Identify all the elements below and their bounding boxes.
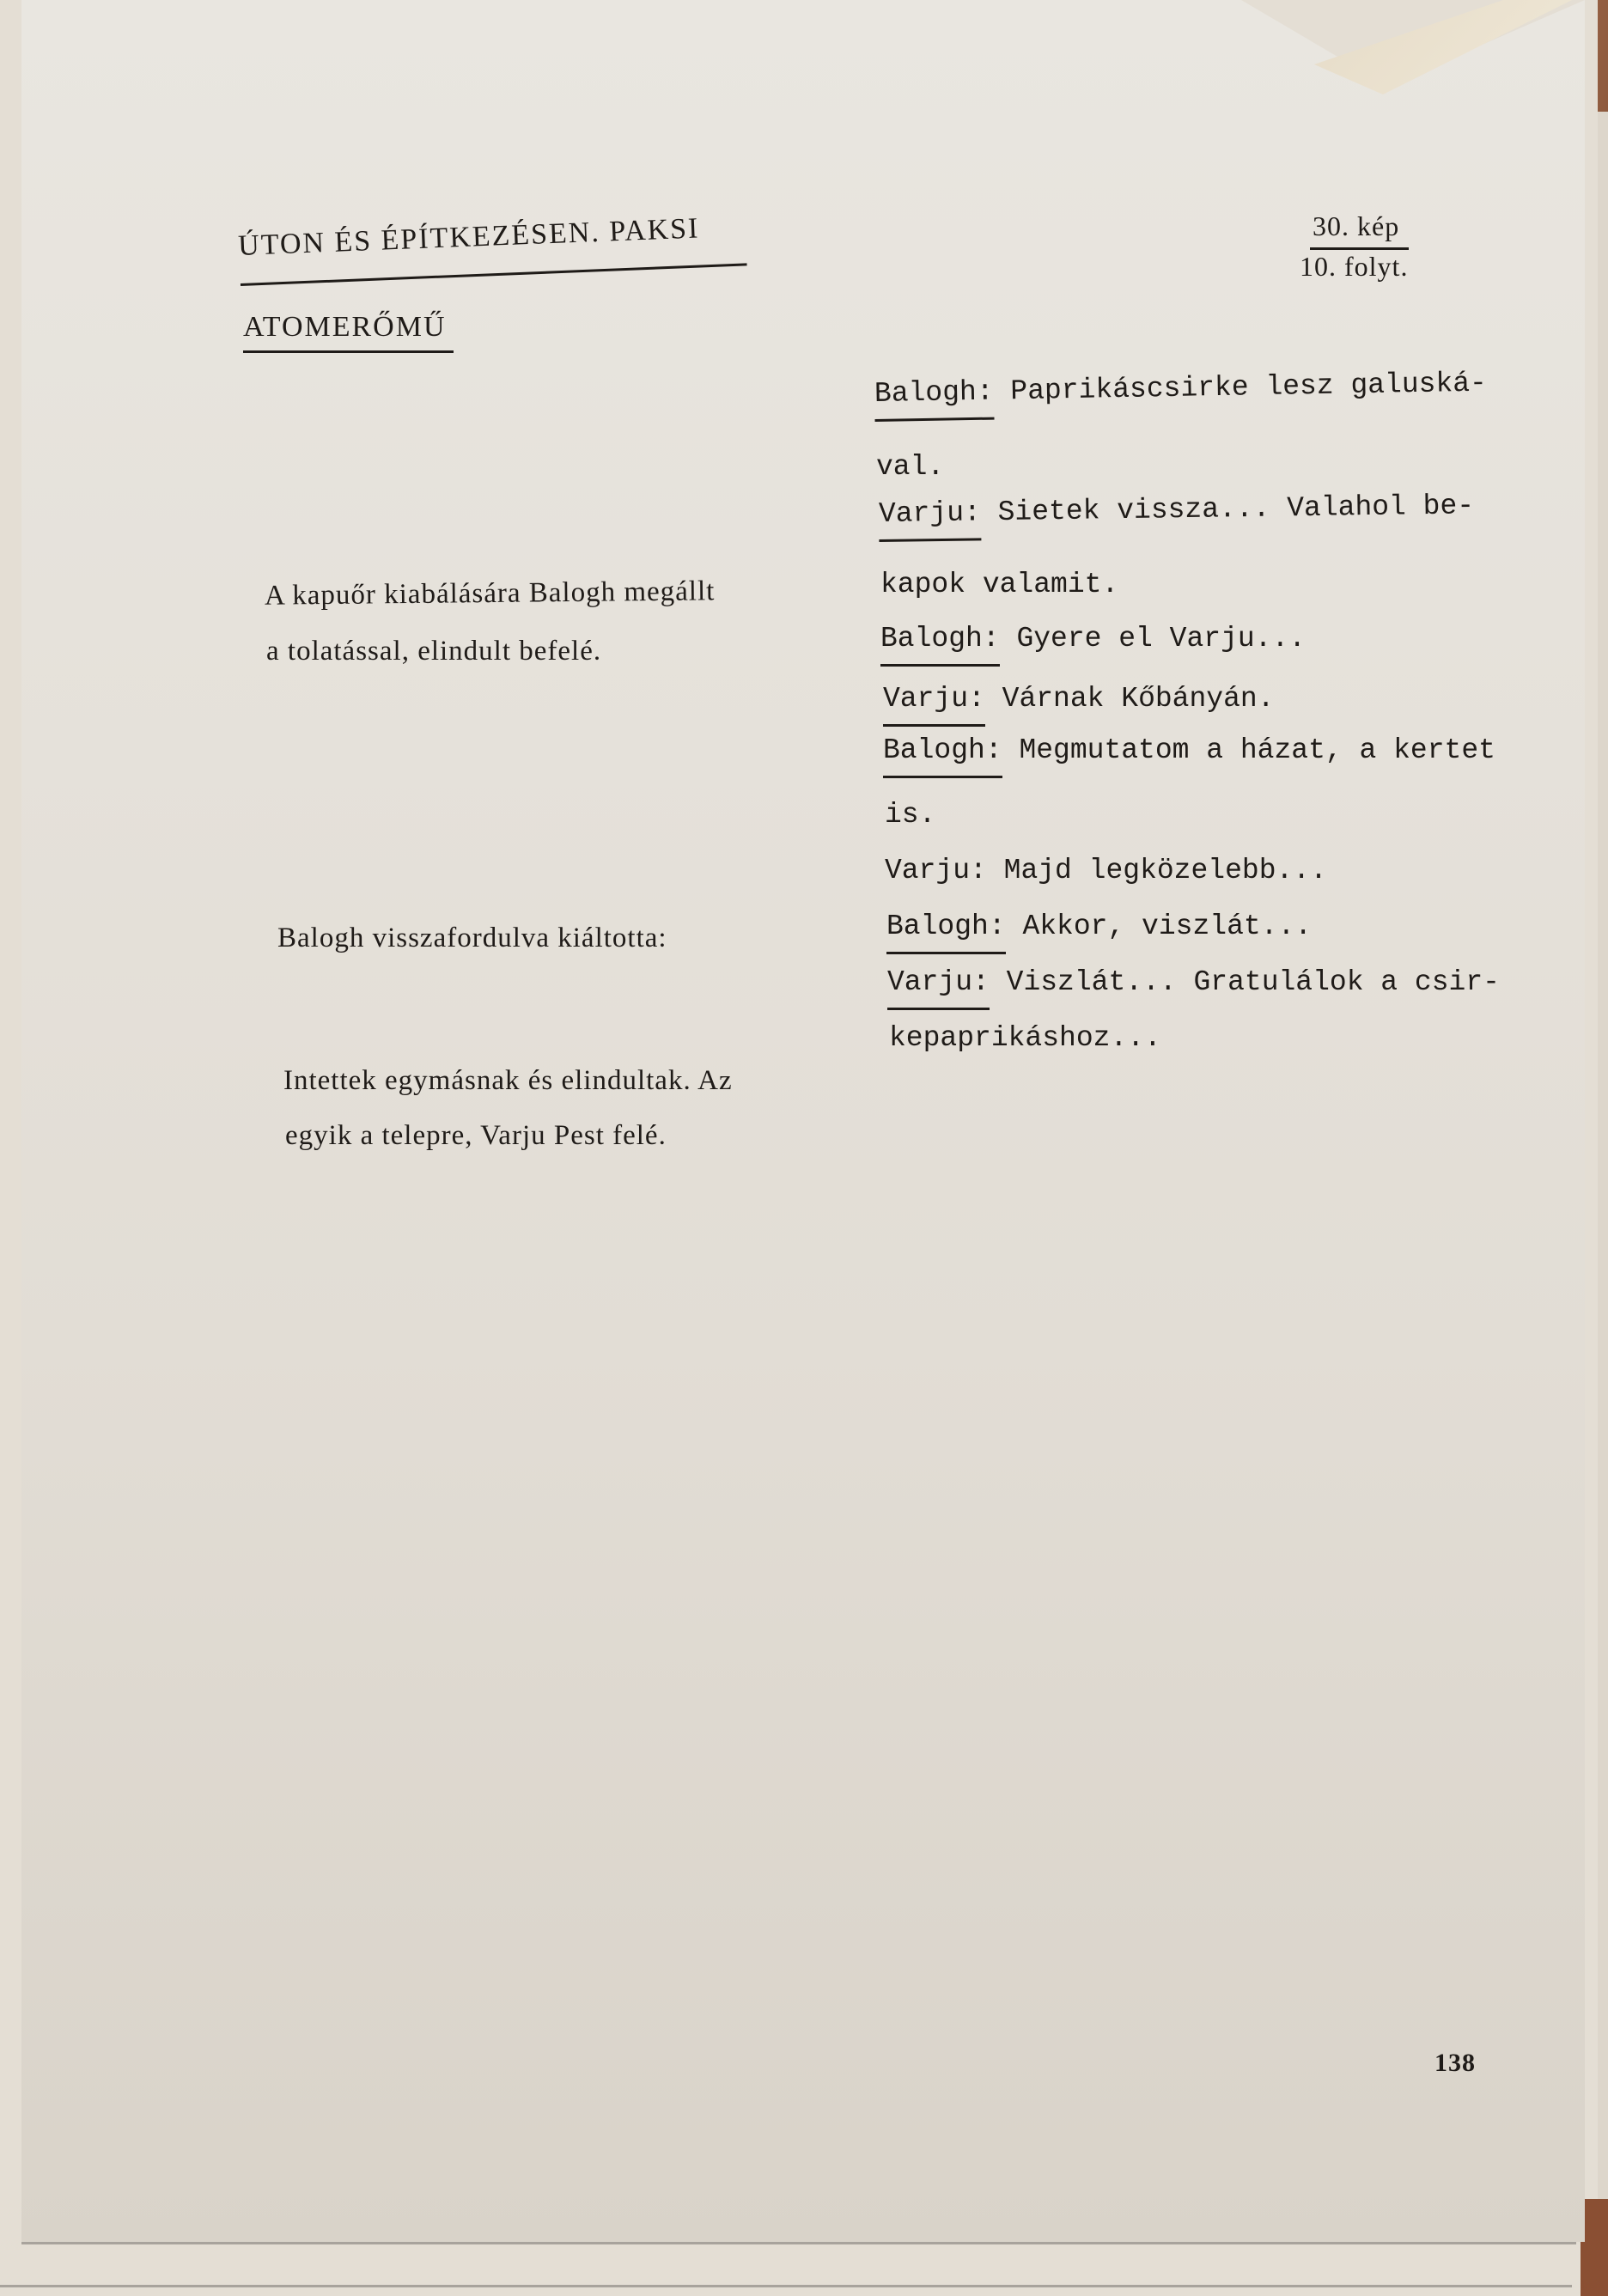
speaker-name: Balogh: (886, 910, 1006, 942)
dialogue-line: Varju: Majd legközelebb... (885, 855, 1327, 886)
dialogue-line: Varju: Viszlát... Gratulálok a csir- (887, 966, 1500, 998)
dialogue-continuation: val. (876, 451, 944, 483)
dialogue-text: Gyere el Varju... (1016, 623, 1306, 655)
dialogue-line: Balogh: Akkor, viszlát... (886, 910, 1312, 942)
continuation-number: 10. folyt. (1300, 251, 1408, 283)
dialogue-text: Paprikáscsirke lesz galuská- (1010, 368, 1487, 408)
dialogue-text: Majd legközelebb... (1004, 855, 1327, 886)
title-underline-1 (241, 263, 747, 286)
page-edge-shadow (21, 2242, 1576, 2244)
dialogue-text: Viszlát... Gratulálok a csir- (1007, 966, 1500, 998)
scene-fraction-line (1310, 247, 1409, 250)
page-title-line1: ÚTON ÉS ÉPÍTKEZÉSEN. PAKSI (238, 212, 701, 263)
speaker-name: Varju: (885, 855, 987, 886)
speaker-name: Varju: (887, 966, 990, 998)
stage-direction-3-line2: egyik a telepre, Varju Pest felé. (285, 1120, 667, 1152)
page-title-line2: ATOMERŐMŰ (243, 311, 447, 344)
speaker-name: Varju: (879, 496, 981, 530)
speaker-name: Balogh: (880, 623, 1000, 655)
dialogue-line: Varju: Várnak Kőbányán. (883, 683, 1275, 715)
dialogue-continuation: kapok valamit. (880, 569, 1118, 600)
dialogue-line: Balogh: Megmutatom a házat, a kertet (883, 734, 1495, 766)
dialogue-line: Balogh: Gyere el Varju... (880, 623, 1306, 655)
dialogue-text: Megmutatom a házat, a kertet (1019, 734, 1495, 766)
dialogue-line: Balogh: Paprikáscsirke lesz galuská- (874, 368, 1487, 410)
dialogue-continuation: kepaprikáshoz... (889, 1022, 1161, 1054)
scene-number: 30. kép (1313, 210, 1399, 242)
speaker-name: Varju: (883, 683, 985, 715)
stage-direction-2: Balogh visszafordulva kiáltotta: (277, 923, 667, 954)
title-underline-2 (243, 350, 454, 353)
dialogue-text: Sietek vissza... Valahol be- (997, 490, 1474, 528)
page-number: 138 (1434, 2049, 1476, 2078)
dialogue-continuation: is. (885, 799, 935, 831)
stage-direction-1-line1: A kapuőr kiabálására Balogh megállt (265, 576, 716, 612)
speaker-name: Balogh: (874, 376, 994, 410)
dialogue-text: Akkor, viszlát... (1022, 910, 1312, 942)
underlying-page-edge (0, 2285, 1572, 2287)
dialogue-text: Várnak Kőbányán. (1002, 683, 1275, 715)
stage-direction-1-line2: a tolatással, elindult befelé. (266, 636, 601, 667)
dialogue-line: Varju: Sietek vissza... Valahol be- (879, 490, 1475, 530)
document-page: ÚTON ÉS ÉPÍTKEZÉSEN. PAKSI ATOMERŐMŰ 30.… (21, 0, 1585, 2242)
stage-direction-3-line1: Intettek egymásnak és elindultak. Az (283, 1065, 733, 1097)
speaker-name: Balogh: (883, 734, 1002, 766)
